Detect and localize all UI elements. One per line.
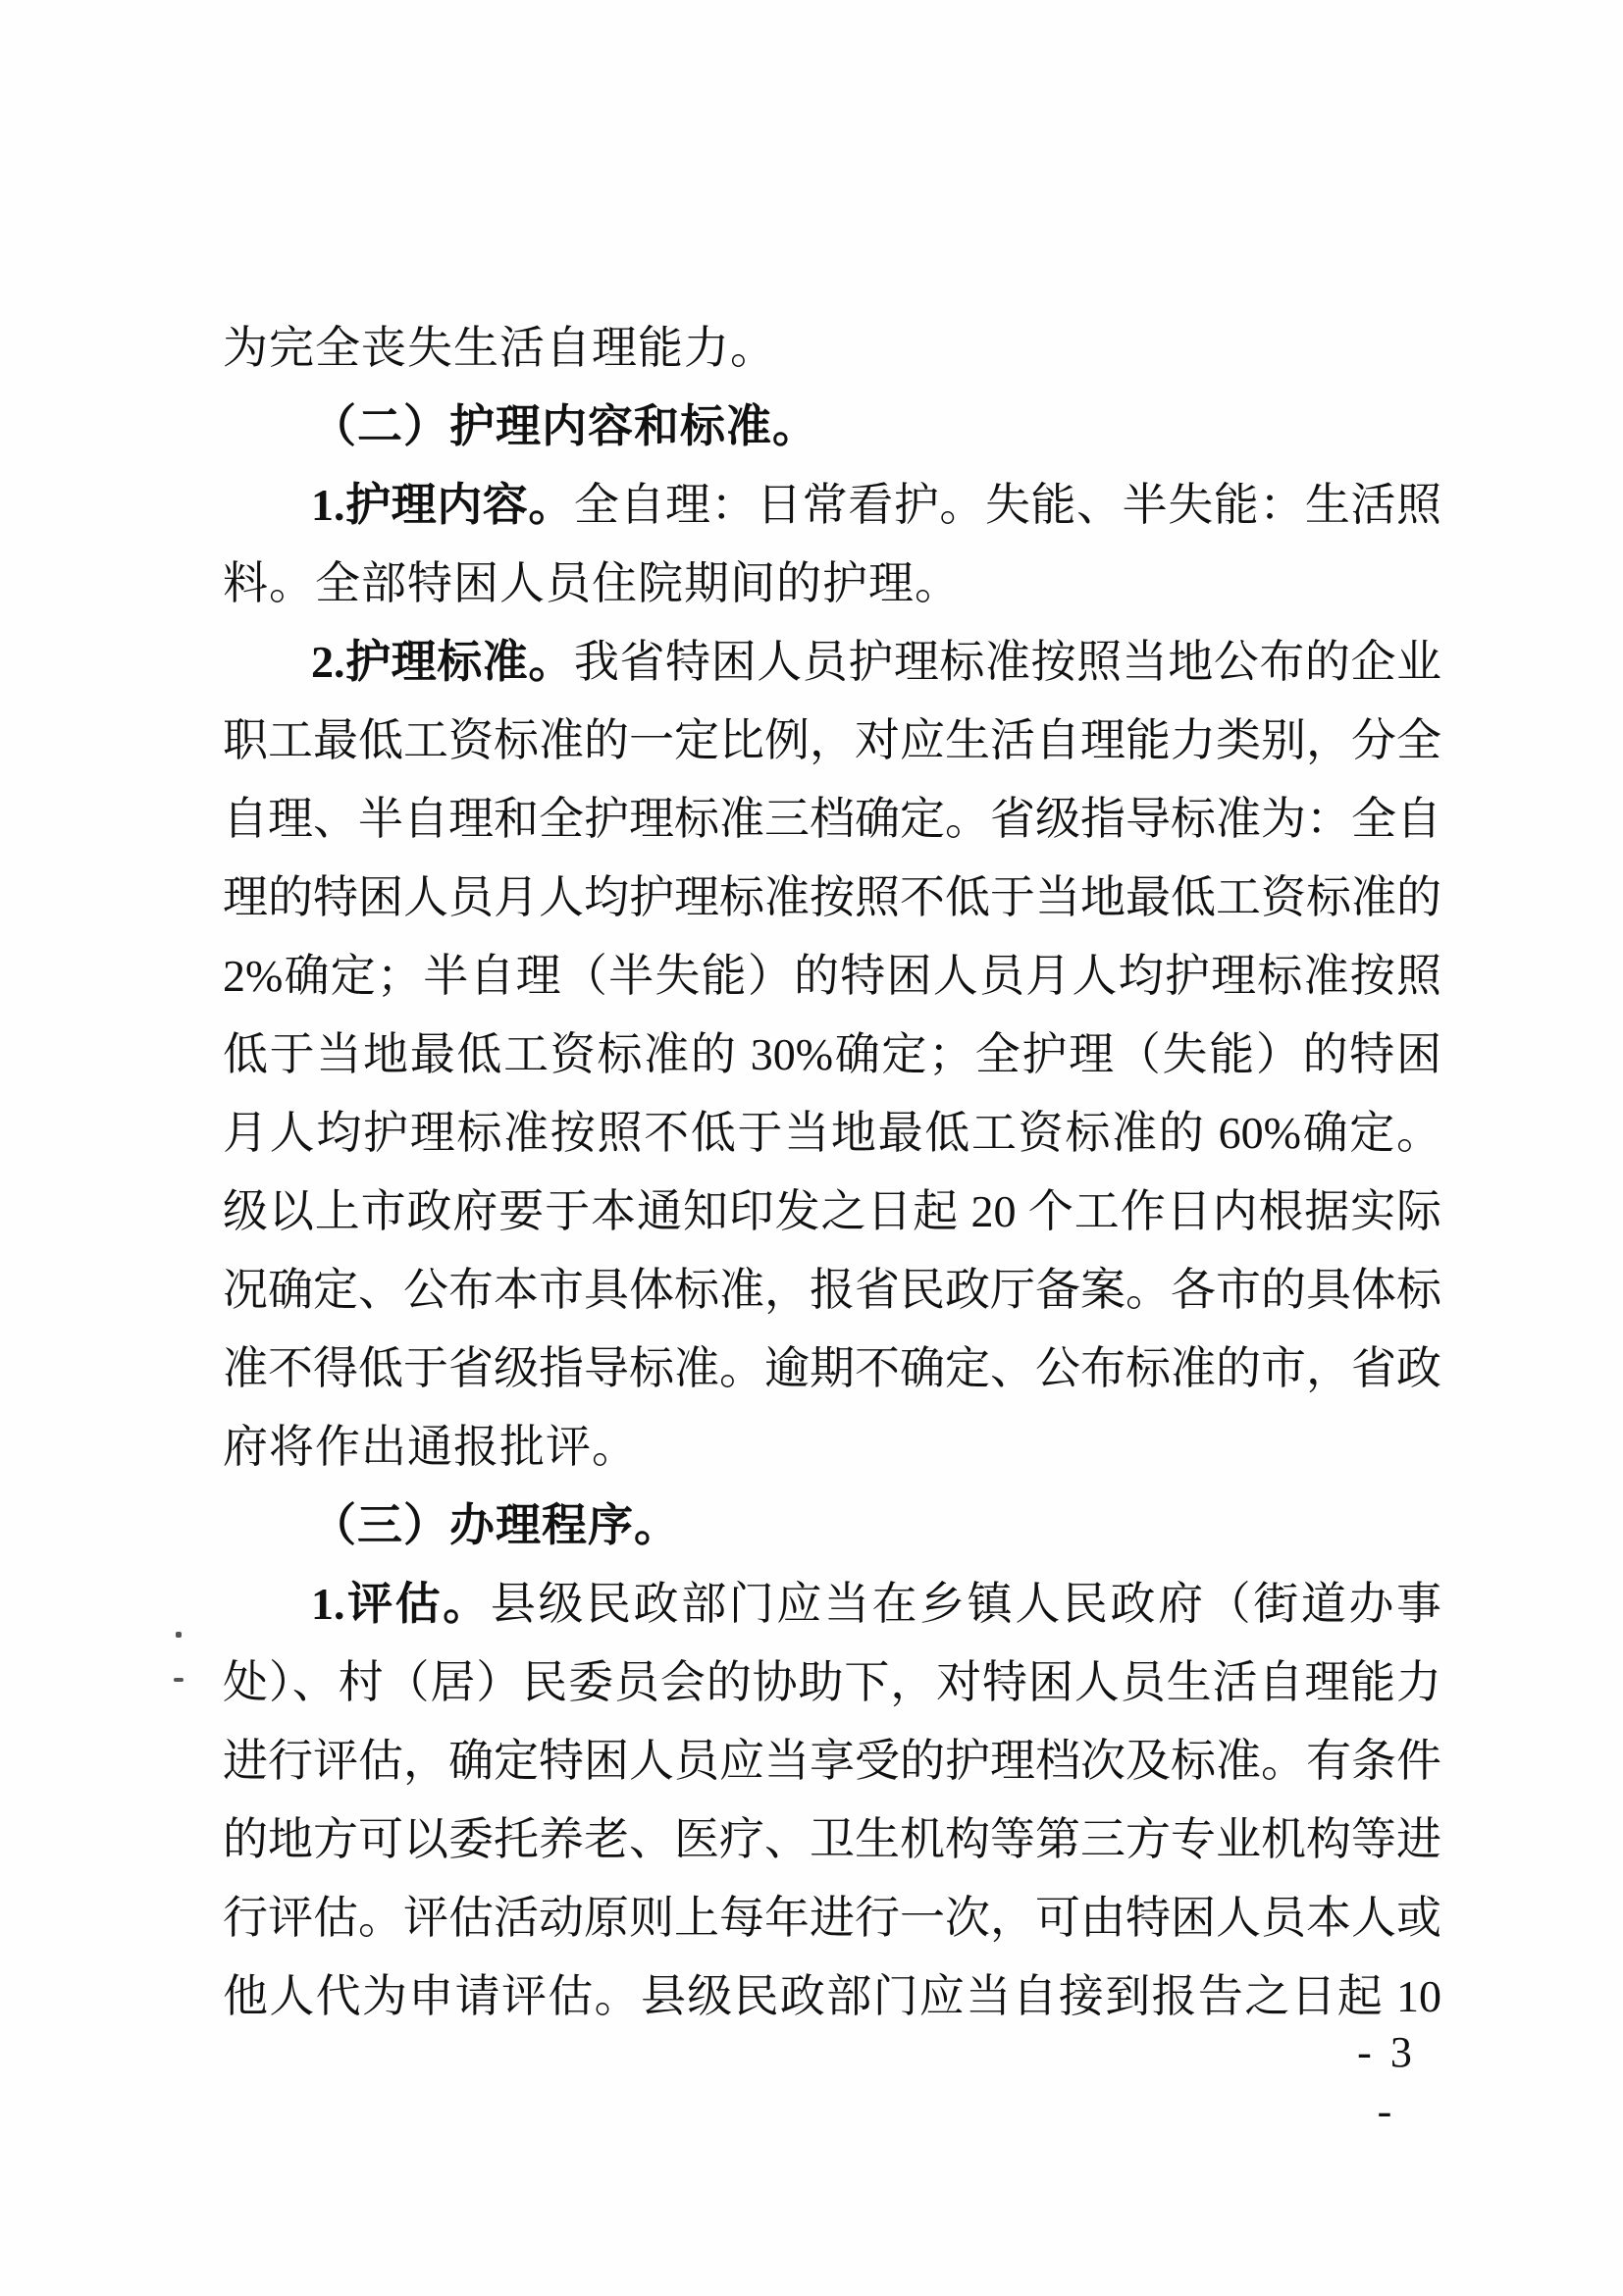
text-line: 的地方可以委托养老、医疗、卫生机构等第三方专业机构等进: [223, 1800, 1441, 1879]
line-text: （三）办理程序。: [311, 1500, 680, 1550]
line-text: 级以上市政府要于本通知印发之日起 20 个工作日内根据实际情: [223, 1186, 1441, 1251]
text-line: 职工最低工资标准的一定比例，对应生活自理能力类别，分全: [223, 702, 1441, 780]
text-line: 自理、半自理和全护理标准三档确定。省级指导标准为：全自: [223, 780, 1441, 859]
line-text: 进行评估，确定特困人员应当享受的护理档次及标准。有条件: [223, 1736, 1441, 1786]
text-line: （三）办理程序。: [223, 1487, 1441, 1565]
line-text: 他人代为申请评估。县级民政部门应当自接到报告之日起 10: [223, 1971, 1441, 2021]
scan-speck: [176, 1632, 182, 1638]
line-text: 准不得低于省级指导标准。逾期不确定、公布标准的市，省政: [223, 1343, 1441, 1393]
text-line: 月人均护理标准按照不低于当地最低工资标准的 60%确定。各地: [223, 1094, 1441, 1173]
text-line: 他人代为申请评估。县级民政部门应当自接到报告之日起 10: [223, 1957, 1441, 2036]
text-line: （二）护理内容和标准。: [223, 388, 1441, 466]
text-line: 况确定、公布本市具体标准，报省民政厅备案。各市的具体标: [223, 1251, 1441, 1330]
text-line: 料。全部特困人员住院期间的护理。: [223, 545, 1441, 623]
text-line: 1.护理内容。全自理：日常看护。失能、半失能：生活照: [223, 466, 1441, 545]
line-text: 职工最低工资标准的一定比例，对应生活自理能力类别，分全: [223, 715, 1441, 765]
text-line: 行评估。评估活动原则上每年进行一次，可由特困人员本人或: [223, 1879, 1441, 1957]
line-bold-prefix: 1.护理内容。: [311, 480, 574, 530]
line-text: 自理、半自理和全护理标准三档确定。省级指导标准为：全自: [223, 794, 1441, 844]
line-bold-prefix: 1.评估。: [311, 1579, 491, 1629]
text-line: 进行评估，确定特困人员应当享受的护理档次及标准。有条件: [223, 1722, 1441, 1800]
text-line: 1.评估。县级民政部门应当在乡镇人民政府（街道办事: [223, 1565, 1441, 1644]
line-text: 况确定、公布本市具体标准，报省民政厅备案。各市的具体标: [223, 1265, 1441, 1315]
line-text: 全自理：日常看护。失能、半失能：生活照: [574, 480, 1441, 530]
text-line: 低于当地最低工资标准的 30%确定；全护理（失能）的特困人员: [223, 1016, 1441, 1094]
line-text: 我省特困人员护理标准按照当地公布的企业: [574, 637, 1441, 687]
line-text: （二）护理内容和标准。: [311, 401, 818, 451]
text-line: 级以上市政府要于本通知印发之日起 20 个工作日内根据实际情: [223, 1173, 1441, 1251]
line-text: 理的特困人员月人均护理标准按照不低于当地最低工资标准的: [223, 872, 1441, 922]
line-text: 行评估。评估活动原则上每年进行一次，可由特困人员本人或: [223, 1893, 1441, 1943]
text-line: 准不得低于省级指导标准。逾期不确定、公布标准的市，省政: [223, 1330, 1441, 1408]
text-line: 2%确定；半自理（半失能）的特困人员月人均护理标准按照不: [223, 937, 1441, 1016]
line-text: 为完全丧失生活自理能力。: [223, 323, 776, 373]
line-bold-prefix: 2.护理标准。: [311, 637, 574, 687]
document-page: 为完全丧失生活自理能力。（二）护理内容和标准。1.护理内容。全自理：日常看护。失…: [0, 0, 1623, 2296]
line-text: 低于当地最低工资标准的 30%确定；全护理（失能）的特困人员: [223, 1029, 1441, 1094]
scan-speck: [174, 1678, 183, 1682]
text-block: 为完全丧失生活自理能力。（二）护理内容和标准。1.护理内容。全自理：日常看护。失…: [223, 309, 1441, 2036]
line-text: 处）、村（居）民委员会的协助下，对特困人员生活自理能力: [223, 1657, 1441, 1707]
text-line: 处）、村（居）民委员会的协助下，对特困人员生活自理能力: [223, 1644, 1441, 1722]
line-text: 府将作出通报批评。: [223, 1422, 638, 1472]
page-number: - 3 -: [1342, 2023, 1431, 2082]
line-text: 月人均护理标准按照不低于当地最低工资标准的 60%确定。各地: [223, 1108, 1441, 1173]
text-line: 2.护理标准。我省特困人员护理标准按照当地公布的企业: [223, 623, 1441, 702]
text-line: 为完全丧失生活自理能力。: [223, 309, 1441, 388]
line-text: 的地方可以委托养老、医疗、卫生机构等第三方专业机构等进: [223, 1814, 1441, 1864]
line-text: 料。全部特困人员住院期间的护理。: [223, 558, 961, 608]
line-text: 县级民政部门应当在乡镇人民政府（街道办事: [491, 1579, 1441, 1629]
text-line: 府将作出通报批评。: [223, 1408, 1441, 1487]
line-text: 2%确定；半自理（半失能）的特困人员月人均护理标准按照不: [223, 951, 1441, 1016]
text-line: 理的特困人员月人均护理标准按照不低于当地最低工资标准的: [223, 859, 1441, 937]
